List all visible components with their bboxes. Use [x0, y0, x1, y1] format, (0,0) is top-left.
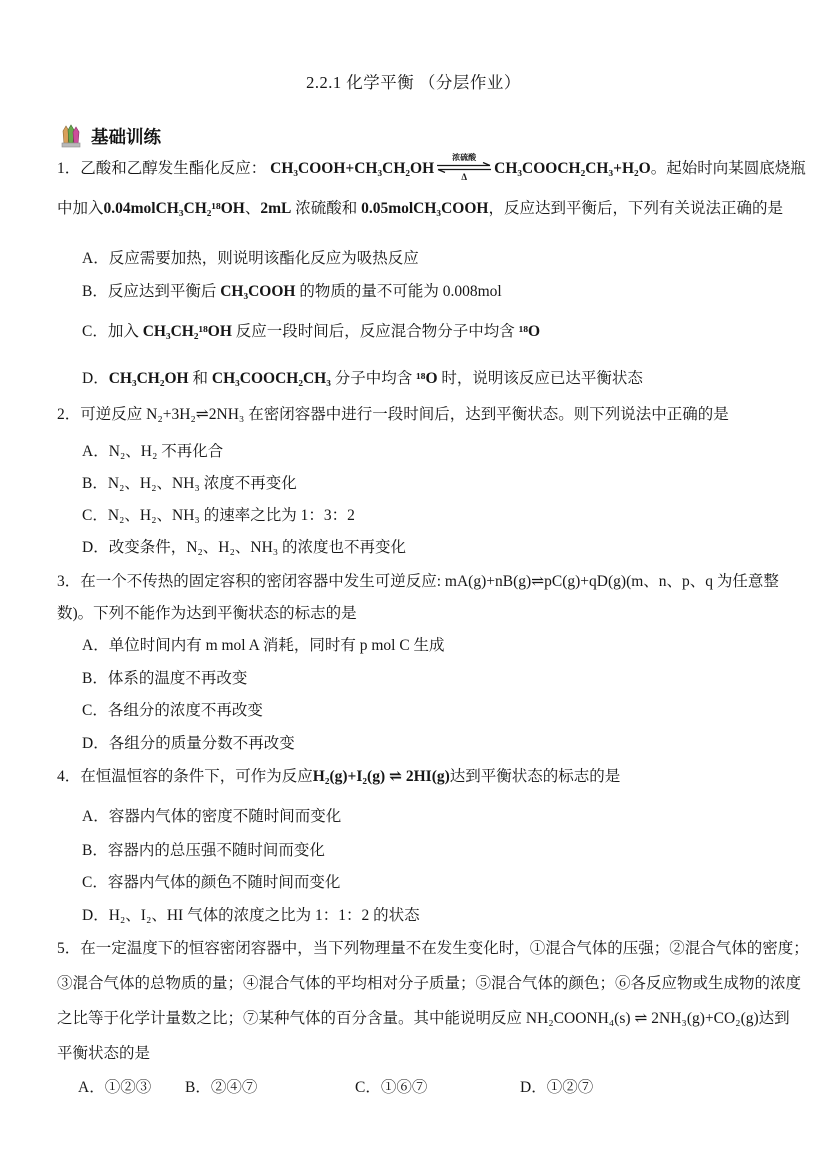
- q1-stem-line-1: 1．乙酸和乙醇发生酯化反应： CH₃COOH+CH₃CH₂OH浓硫酸ΔCH₃CO…: [57, 155, 806, 184]
- q1-amount-acetic: 0.05molCH₃COOH: [361, 200, 488, 217]
- q2-option-d: D．改变条件，N₂、H₂、NH₃ 的浓度也不再变化: [82, 537, 406, 559]
- q1-stem2-mid: 浓硫酸和: [291, 200, 361, 217]
- q1-option-d-pre: D．: [82, 370, 109, 387]
- q1-option-d-formula2: CH₃COOCH₂CH₃: [212, 370, 331, 387]
- q4-option-a-text: A．容器内气体的密度不随时间而变化: [82, 808, 341, 825]
- q3-option-d: D．各组分的质量分数不再改变: [82, 733, 295, 755]
- q1-option-b: B．反应达到平衡后 CH₃COOH 的物质的量不可能为 0.008mol: [82, 281, 502, 303]
- q4-option-c: C．容器内气体的颜色不随时间而变化: [82, 872, 340, 894]
- q4-option-c-text: C．容器内气体的颜色不随时间而变化: [82, 874, 340, 891]
- q2-stem-text: 2．可逆反应 N₂+3H₂⇌2NH₃ 在密闭容器中进行一段时间后，达到平衡状态。…: [57, 406, 729, 423]
- q4-stem: 4．在恒温恒容的条件下，可作为反应H₂(g)+I₂(g) ⇌ 2HI(g)达到平…: [57, 766, 620, 788]
- q3-stem-line-1: 3．在一个不传热的固定容积的密闭容器中发生可逆反应: mA(g)+nB(g)⇌p…: [57, 571, 779, 593]
- q2-option-a-text: A．N₂、H₂ 不再化合: [82, 443, 223, 460]
- q1-option-d-tail: 时，说明该反应已达平衡状态: [438, 370, 643, 387]
- q3-stem-line-2: 数)。下列不能作为达到平衡状态的标志的是: [57, 603, 357, 625]
- q4-option-d: D．H₂、I₂、HI 气体的浓度之比为 1：1：2 的状态: [82, 905, 420, 927]
- q4-formula: H₂(g)+I₂(g) ⇌ 2HI(g): [313, 768, 450, 785]
- q4-option-d-text: D．H₂、I₂、HI 气体的浓度之比为 1：1：2 的状态: [82, 907, 420, 924]
- q5-line3-text: 之比等于化学计量数之比；⑦某种气体的百分含量。其中能说明反应 NH₂COONH₄…: [57, 1010, 790, 1027]
- q1-option-d-formula3: ¹⁸O: [416, 370, 437, 387]
- q3-stem1-text: 3．在一个不传热的固定容积的密闭容器中发生可逆反应: mA(g)+nB(g)⇌p…: [57, 573, 779, 590]
- worksheet-page: 2.2.1 化学平衡 （分层作业） 基础训练 1．乙酸和乙醇发生酯化反应： CH…: [0, 0, 827, 1169]
- q2-option-b-text: B．N₂、H₂、NH₃ 浓度不再变化: [82, 475, 297, 492]
- q5-choice-d: D．①②⑦: [520, 1077, 593, 1099]
- q3-option-d-text: D．各组分的质量分数不再改变: [82, 735, 295, 752]
- q1-option-c-formula2: ¹⁸O: [519, 323, 540, 340]
- q1-option-d: D．CH₃CH₂OH 和 CH₃COOCH₂CH₃ 分子中均含 ¹⁸O 时，说明…: [82, 368, 643, 390]
- q5-stem-line-2: ③混合气体的总物质的量；④混合气体的平均相对分子质量；⑤混合气体的颜色；⑥各反应…: [57, 973, 801, 995]
- q4-option-b-text: B．容器内的总压强不随时间而变化: [82, 842, 325, 859]
- q1-option-d-mid1: 和: [189, 370, 212, 387]
- q1-option-c-pre: C．加入: [82, 323, 143, 340]
- q1-stem1-tail: 。起始时向某圆底烧瓶: [651, 160, 806, 177]
- q1-stem2-pre: 中加入: [57, 200, 104, 217]
- q1-option-d-formula1: CH₃CH₂OH: [109, 370, 189, 387]
- q1-stem2-tail: ，反应达到平衡后，下列有关说法正确的是: [488, 200, 783, 217]
- q1-option-b-pre: B．反应达到平衡后: [82, 283, 220, 300]
- q5-stem-line-1: 5．在一定温度下的恒容密闭容器中，当下列物理量不在发生变化时，①混合气体的压强；…: [57, 938, 809, 960]
- q3-option-b-text: B．体系的温度不再改变: [82, 670, 247, 687]
- q5-choice-b: B．②④⑦: [185, 1077, 257, 1099]
- q2-option-c: C．N₂、H₂、NH₃ 的速率之比为 1：3：2: [82, 505, 355, 527]
- q5-answer-row: A．①②③ B．②④⑦ C．①⑥⑦ D．①②⑦: [57, 1077, 782, 1099]
- q4-stem-tail: 达到平衡状态的标志的是: [450, 768, 621, 785]
- q5-line4-text: 平衡状态的是: [57, 1045, 150, 1062]
- arrow-condition-bottom: Δ: [461, 173, 467, 182]
- q1-amount-acid-volume: 2mL: [260, 200, 291, 217]
- q2-option-c-text: C．N₂、H₂、NH₃ 的速率之比为 1：3：2: [82, 507, 355, 524]
- q4-stem-pre: 4．在恒温恒容的条件下，可作为反应: [57, 768, 313, 785]
- q1-option-b-formula: CH₃COOH: [220, 283, 295, 300]
- q1-intro: 1．乙酸和乙醇发生酯化反应：: [57, 160, 270, 177]
- arrow-condition-top: 浓硫酸: [452, 153, 476, 162]
- equilibrium-arrow: 浓硫酸Δ: [436, 153, 492, 182]
- section-header: 基础训练: [57, 124, 161, 149]
- q5-choice-a: A．①②③: [78, 1077, 151, 1099]
- q5-line2-text: ③混合气体的总物质的量；④混合气体的平均相对分子质量；⑤混合气体的颜色；⑥各反应…: [57, 975, 801, 992]
- q2-option-a: A．N₂、H₂ 不再化合: [82, 441, 223, 463]
- q1-equation-left: CH₃COOH+CH₃CH₂OH: [270, 160, 434, 177]
- q5-stem-line-4: 平衡状态的是: [57, 1043, 150, 1065]
- q1-option-a-text: A．反应需要加热，则说明该酯化反应为吸热反应: [82, 250, 419, 267]
- q2-stem: 2．可逆反应 N₂+3H₂⇌2NH₃ 在密闭容器中进行一段时间后，达到平衡状态。…: [57, 404, 729, 426]
- q3-stem2-text: 数)。下列不能作为达到平衡状态的标志的是: [57, 605, 357, 622]
- q1-stem-line-2: 中加入0.04molCH₃CH₂¹⁸OH、2mL 浓硫酸和 0.05molCH₃…: [57, 198, 783, 220]
- q1-option-d-mid2: 分子中均含: [331, 370, 416, 387]
- q3-option-a: A．单位时间内有 m mol A 消耗，同时有 p mol C 生成: [82, 635, 445, 657]
- q3-option-a-text: A．单位时间内有 m mol A 消耗，同时有 p mol C 生成: [82, 637, 445, 654]
- q3-option-c-text: C．各组分的浓度不再改变: [82, 702, 263, 719]
- q4-option-b: B．容器内的总压强不随时间而变化: [82, 840, 325, 862]
- q1-option-c-mid: 反应一段时间后，反应混合物分子中均含: [232, 323, 519, 340]
- q1-option-b-tail: 的物质的量不可能为 0.008mol: [295, 283, 501, 300]
- q5-choice-c: C．①⑥⑦: [355, 1077, 427, 1099]
- q1-stem2-sep: 、: [245, 200, 261, 217]
- q5-line1-text: 5．在一定温度下的恒容密闭容器中，当下列物理量不在发生变化时，①混合气体的压强；…: [57, 940, 809, 957]
- q3-option-c: C．各组分的浓度不再改变: [82, 700, 263, 722]
- section-label: 基础训练: [91, 126, 161, 148]
- q2-option-d-text: D．改变条件，N₂、H₂、NH₃ 的浓度也不再变化: [82, 539, 406, 556]
- colored-pencils-icon: [57, 124, 84, 149]
- page-title: 2.2.1 化学平衡 （分层作业）: [0, 72, 827, 94]
- q1-option-c-formula1: CH₃CH₂¹⁸OH: [143, 323, 232, 340]
- q4-option-a: A．容器内气体的密度不随时间而变化: [82, 806, 341, 828]
- q1-amount-ethanol: 0.04molCH₃CH₂¹⁸OH: [104, 200, 245, 217]
- q1-option-c: C．加入 CH₃CH₂¹⁸OH 反应一段时间后，反应混合物分子中均含 ¹⁸O: [82, 321, 540, 343]
- q2-option-b: B．N₂、H₂、NH₃ 浓度不再变化: [82, 473, 297, 495]
- q1-equation-right: CH₃COOCH₂CH₃+H₂O: [494, 160, 651, 177]
- q1-option-a: A．反应需要加热，则说明该酯化反应为吸热反应: [82, 248, 419, 270]
- q5-stem-line-3: 之比等于化学计量数之比；⑦某种气体的百分含量。其中能说明反应 NH₂COONH₄…: [57, 1008, 790, 1030]
- q3-option-b: B．体系的温度不再改变: [82, 668, 247, 690]
